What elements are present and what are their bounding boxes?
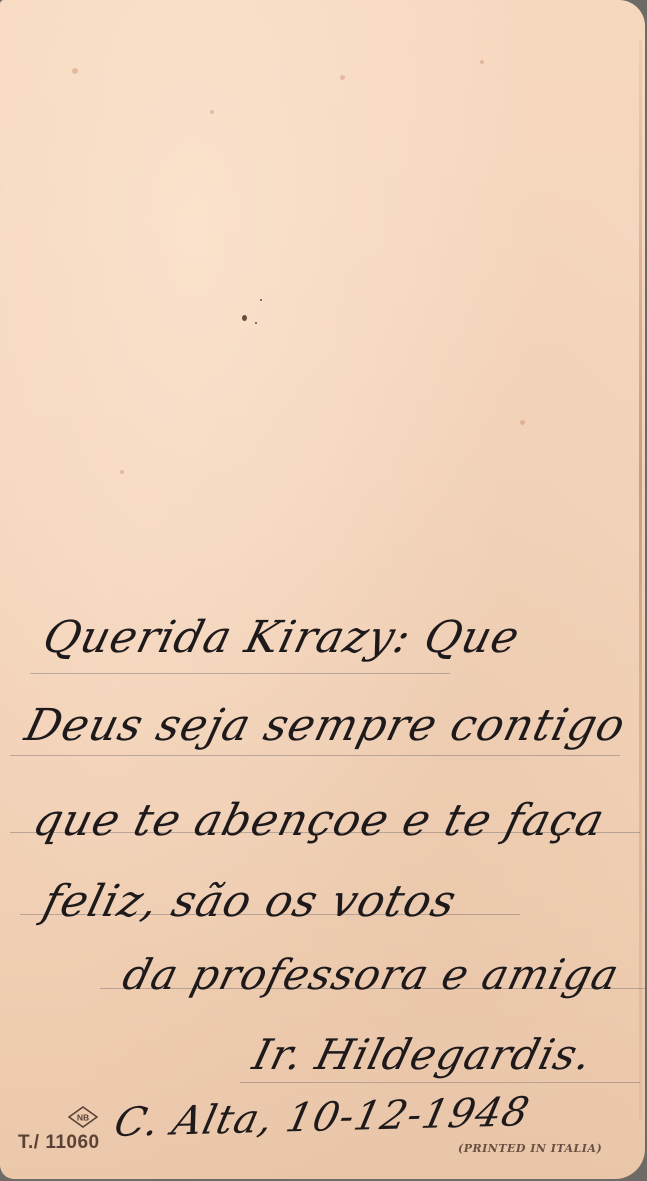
foxing-spot [210, 110, 214, 114]
holy-card-back: Querida Kirazy: Que Deus seja sempre con… [0, 0, 645, 1179]
handwritten-line: Deus seja sempre contigo [20, 700, 631, 751]
ruled-guide-line [240, 1082, 640, 1083]
foxing-spot [520, 420, 525, 425]
ink-speck [242, 315, 247, 321]
printed-in-imprint: (PRINTED IN ITALIA) [458, 1142, 602, 1155]
ruled-guide-line [10, 755, 620, 756]
handwritten-signature: Ir. Hildegardis. [248, 1030, 597, 1079]
foxing-spot [72, 68, 78, 74]
handwritten-place-date: C. Alta, 10-12-1948 [110, 1089, 534, 1146]
foxing-spot [480, 60, 484, 64]
handwritten-line: feliz, são os votos [38, 876, 462, 927]
foxing-spot [120, 470, 124, 474]
ink-speck [255, 322, 257, 324]
ink-speck [260, 299, 262, 301]
svg-text:NB: NB [77, 1113, 89, 1123]
handwritten-line-salutation: Querida Kirazy: Que [38, 612, 525, 663]
publisher-nb-logo-icon: NB [68, 1106, 98, 1128]
right-edge-crease [639, 40, 642, 1120]
handwritten-line: da professora e amiga [118, 950, 624, 999]
foxing-spot [340, 75, 345, 80]
ruled-guide-line [30, 673, 450, 674]
catalog-code: T./ 11060 [18, 1132, 100, 1154]
handwritten-line: que te abençoe e te faça [28, 795, 610, 846]
